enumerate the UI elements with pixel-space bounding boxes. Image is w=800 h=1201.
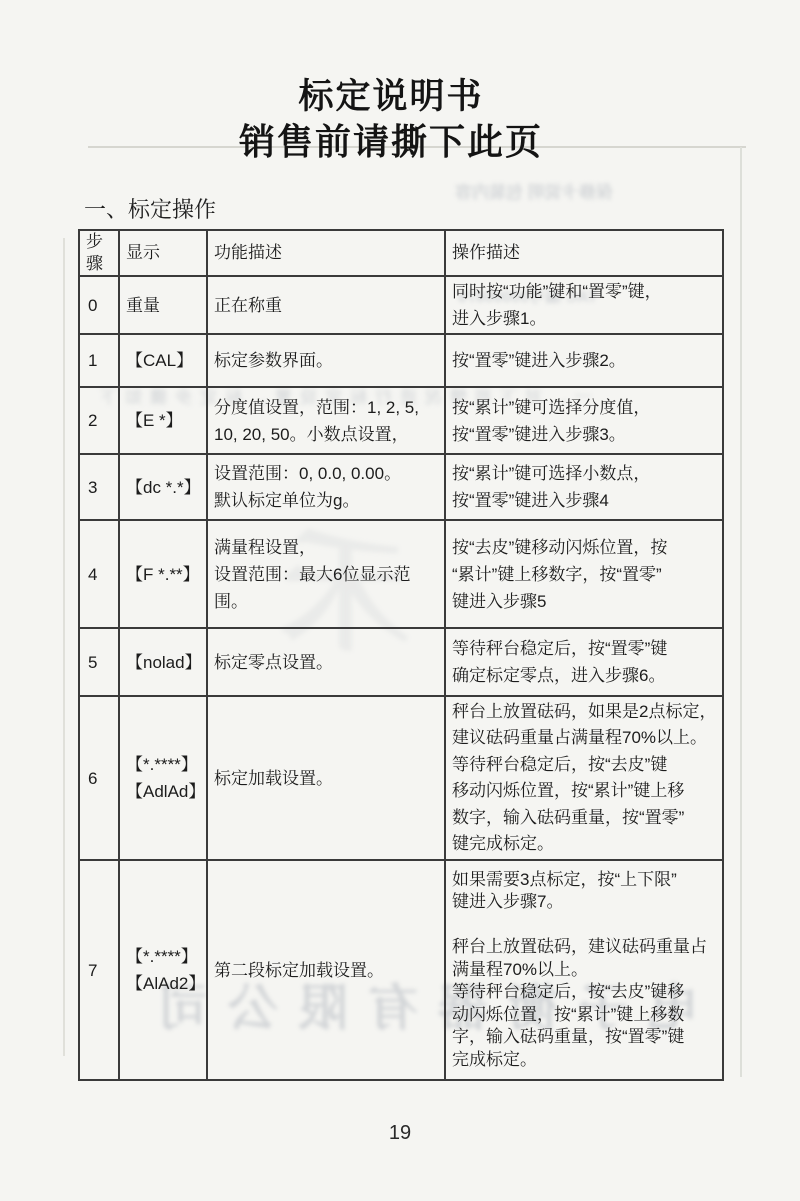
step-cell: 1	[79, 334, 119, 387]
title-block: 标定说明书 销售前请撕下此页	[0, 76, 782, 164]
table-row: 1 【CAL】 标定参数界面。 按“置零”键进入步骤2。	[79, 334, 723, 387]
page-subtitle: 销售前请撕下此页	[0, 120, 782, 164]
table-row: 3 【dc *.*】 设置范围：0, 0.0, 0.00。 默认标定单位为g。 …	[79, 454, 723, 520]
display-cell: 【F *.**】	[119, 520, 207, 628]
step-cell: 4	[79, 520, 119, 628]
operation-cell: 秤台上放置砝码，如果是2点标定， 建议砝码重量占满量程70%以上。 等待秤台稳定…	[445, 696, 723, 860]
function-cell: 满量程设置， 设置范围：最大6位显示范围。	[207, 520, 445, 628]
function-cell: 标定加载设置。	[207, 696, 445, 860]
step-cell: 7	[79, 860, 119, 1080]
step-cell: 0	[79, 276, 119, 334]
display-cell: 【*.****】 【AdlAd】	[119, 696, 207, 860]
table-row: 0 重量 正在称重 同时按“功能”键和“置零”键， 进入步骤1。	[79, 276, 723, 334]
header-step: 步骤	[79, 230, 119, 276]
table-row: 7 【*.****】 【AlAd2】 第二段标定加载设置。 如果需要3点标定，按…	[79, 860, 723, 1080]
table-row: 6 【*.****】 【AdlAd】 标定加载设置。 秤台上放置砝码，如果是2点…	[79, 696, 723, 860]
display-cell: 重量	[119, 276, 207, 334]
table-body: 0 重量 正在称重 同时按“功能”键和“置零”键， 进入步骤1。 1 【CAL】…	[79, 276, 723, 1080]
page-title: 标定说明书	[0, 76, 782, 118]
table-row: 2 【E *】 分度值设置，范围：1, 2, 5, 10, 20, 50。小数点…	[79, 387, 723, 454]
table-header-row: 步骤 显示 功能描述 操作描述	[79, 230, 723, 276]
display-cell: 【E *】	[119, 387, 207, 454]
function-cell: 标定参数界面。	[207, 334, 445, 387]
calibration-table: 步骤 显示 功能描述 操作描述 0 重量 正在称重 同时按“功能”键和“置零”键…	[78, 229, 724, 1081]
display-cell: 【*.****】 【AlAd2】	[119, 860, 207, 1080]
function-cell: 设置范围：0, 0.0, 0.00。 默认标定单位为g。	[207, 454, 445, 520]
header-function: 功能描述	[207, 230, 445, 276]
step-cell: 6	[79, 696, 119, 860]
function-cell: 第二段标定加载设置。	[207, 860, 445, 1080]
table-row: 4 【F *.**】 满量程设置， 设置范围：最大6位显示范围。 按“去皮”键移…	[79, 520, 723, 628]
operation-cell: 同时按“功能”键和“置零”键， 进入步骤1。	[445, 276, 723, 334]
step-cell: 2	[79, 387, 119, 454]
header-display: 显示	[119, 230, 207, 276]
display-cell: 【dc *.*】	[119, 454, 207, 520]
operation-cell: 如果需要3点标定，按“上下限” 键进入步骤7。 秤台上放置砝码，建议砝码重量占 …	[445, 860, 723, 1080]
operation-cell: 按“置零”键进入步骤2。	[445, 334, 723, 387]
function-cell: 标定零点设置。	[207, 628, 445, 696]
table-row: 5 【nolad】 标定零点设置。 等待秤台稳定后，按“置零”键 确定标定零点，…	[79, 628, 723, 696]
display-cell: 【nolad】	[119, 628, 207, 696]
function-cell: 分度值设置，范围：1, 2, 5, 10, 20, 50。小数点设置，	[207, 387, 445, 454]
operation-cell: 按“累计”键可选择小数点， 按“置零”键进入步骤4	[445, 454, 723, 520]
step-cell: 3	[79, 454, 119, 520]
operation-cell: 按“累计”键可选择分度值， 按“置零”键进入步骤3。	[445, 387, 723, 454]
page-number: 19	[0, 1122, 800, 1145]
step-cell: 5	[79, 628, 119, 696]
function-cell: 正在称重	[207, 276, 445, 334]
header-operation: 操作描述	[445, 230, 723, 276]
section-heading: 一、标定操作	[84, 193, 216, 224]
bleedthrough-box-right-line	[740, 147, 742, 1077]
bleedthrough-text: 保修卡说明 包装内容	[455, 178, 613, 203]
operation-cell: 等待秤台稳定后，按“置零”键 确定标定零点，进入步骤6。	[445, 628, 723, 696]
display-cell: 【CAL】	[119, 334, 207, 387]
bleedthrough-box-left-line	[63, 238, 65, 1056]
operation-cell: 按“去皮”键移动闪烁位置，按 “累计”键上移数字，按“置零” 键进入步骤5	[445, 520, 723, 628]
